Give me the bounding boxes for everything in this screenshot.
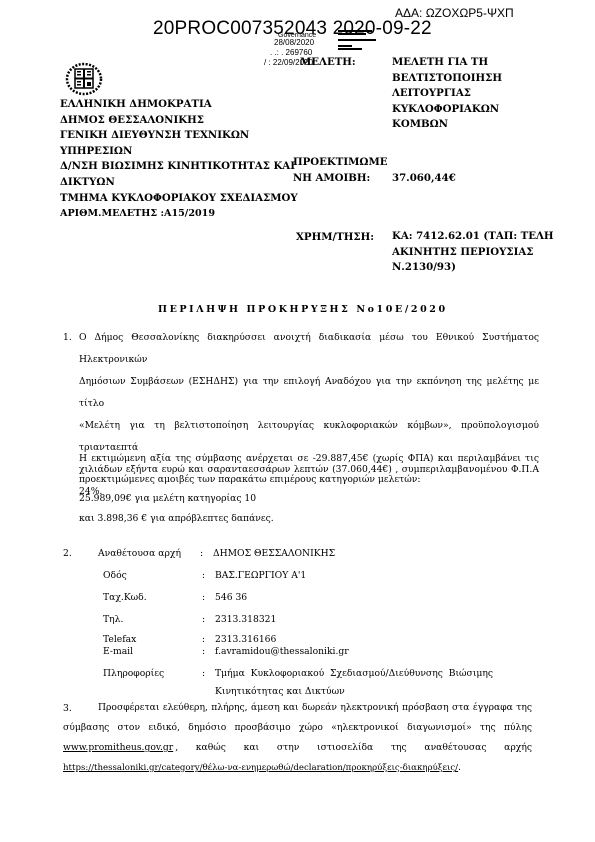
study-label: ΜΕΛΕΤΗ: (300, 55, 356, 71)
section-3-line1: Προσφέρεται ελεύθερη, πλήρης, άμεση και … (98, 698, 532, 718)
email-label: E-mail (103, 646, 133, 657)
study-number: ΑΡΙΘΜ.ΜΕΛΕΤΗΣ :Α15/2019 (60, 206, 298, 222)
info-label: Πληροφορίες (103, 668, 164, 679)
street-label: Οδός (103, 570, 127, 581)
paragraph-line: www.promitheus.gov.gr , καθώς και στην ι… (63, 738, 532, 758)
study-title-line: ΚΥΚΛΟΦΟΡΙΑΚΩΝ (392, 102, 502, 118)
period: . (458, 762, 461, 773)
digital-signature-block (338, 30, 378, 50)
header-line: Δ/ΝΣΗ ΒΙΩΣΙΜΗΣ ΚΙΝΗΤΙΚΟΤΗΤΑΣ ΚΑΙ (60, 159, 298, 175)
phone-value: 2313.318321 (215, 614, 276, 625)
section-1-number: 1. (63, 327, 72, 349)
promitheus-link[interactable]: www.promitheus.gov.gr (63, 738, 173, 758)
info-value: Τμήμα Κυκλοφοριακού Σχεδιασμού/Διεύθυνση… (215, 668, 529, 679)
colon: : (200, 548, 203, 559)
thessaloniki-declaration-link[interactable]: https://thessaloniki.gr/category/θέλω-να… (63, 763, 458, 773)
colon: : (202, 668, 205, 679)
contracting-authority-value: ΔΗΜΟΣ ΘΕΣΣΑΛΟΝΙΚΗΣ (213, 548, 335, 559)
postal-code-value: 546 36 (215, 592, 247, 603)
street-value: ΒΑΣ.ΓΕΩΡΓΙΟΥ Α'1 (215, 570, 306, 581)
fee-label-line: ΝΗ ΑΜΟΙΒΗ: (293, 171, 388, 187)
ada-code: ΑΔΑ: ΩΖΟΧΩΡ5-ΨΧΠ (395, 6, 514, 20)
colon: : (202, 592, 205, 603)
contracting-authority-label: Αναθέτουσα αρχή (98, 548, 181, 559)
section-3-text: σύμβασης στον ειδικό, δημόσιο προσβάσιμο… (63, 718, 532, 778)
paragraph-text: , καθώς και στην ιστιοσελίδα της αναθέτο… (173, 738, 532, 758)
fee-label-line: ΠΡΟΕΚΤΙΜΩΜΕ (293, 155, 388, 171)
signature-date: 28/08/2020 (274, 38, 314, 47)
header-line: ΕΛΛΗΝΙΚΗ ΔΗΜΟΚΡΑΤΙΑ (60, 97, 298, 113)
study-title-line: ΛΕΙΤΟΥΡΓΙΑΣ (392, 86, 502, 102)
funding-value: ΚΑ: 7412.62.01 (ΤΑΠ: ΤΕΛΗ ΑΚΙΝΗΤΗΣ ΠΕΡΙΟ… (392, 229, 554, 276)
colon: : (202, 570, 205, 581)
header-line: ΥΠΗΡΕΣΙΩΝ (60, 144, 298, 160)
paragraph-line: Προσφέρεται ελεύθερη, πλήρης, άμεση και … (98, 698, 532, 718)
colon: : (202, 646, 205, 657)
study-title-line: ΜΕΛΕΤΗ ΓΙΑ ΤΗ (392, 55, 502, 71)
paragraph-line: Δημόσιων Συμβάσεων (ΕΣΗΔΗΣ) για την επιλ… (79, 371, 539, 415)
section-1-breakdown: 25.989,09€ για μελέτη κατηγορίας 10 και … (79, 489, 274, 529)
fax-value: 2313.316166 (215, 634, 276, 645)
header-line: ΔΗΜΟΣ ΘΕΣΣΑΛΟΝΙΚΗΣ (60, 113, 298, 129)
paragraph-line: σύμβασης στον ειδικό, δημόσιο προσβάσιμο… (63, 718, 532, 738)
breakdown-line: και 3.898,36 € για απρόβλεπτες δαπάνες. (79, 509, 274, 529)
study-title-line: ΚΟΜΒΩΝ (392, 117, 502, 133)
section-2-number: 2. (63, 548, 72, 559)
section-3-number: 3. (63, 703, 72, 714)
paragraph-line: Ο Δήμος Θεσσαλονίκης διακηρύσσει ανοιχτή… (79, 327, 539, 371)
funding-line: ΑΚΙΝΗΤΗΣ ΠΕΡΙΟΥΣΙΑΣ (392, 245, 554, 261)
paragraph-line: προεκτιμώμενες αμοιβές των παρακάτω επιμ… (79, 470, 539, 491)
fee-label: ΠΡΟΕΚΤΙΜΩΜΕ ΝΗ ΑΜΟΙΒΗ: (293, 155, 388, 186)
funding-line: Ν.2130/93) (392, 260, 554, 276)
colon: : (202, 614, 205, 625)
section-1-estimate: Η εκτιμώμενη αξία της σύμβασης ανέρχεται… (79, 449, 539, 490)
document-title: ΠΕΡΙΛΗΨΗ ΠΡΟΚΗΡΥΞΗΣ Νο10Ε/2020 (158, 304, 448, 315)
breakdown-line: 25.989,09€ για μελέτη κατηγορίας 10 (79, 489, 274, 509)
funding-line: ΚΑ: 7412.62.01 (ΤΑΠ: ΤΕΛΗ (392, 229, 554, 245)
colon: : (202, 634, 205, 645)
paragraph-line: Η εκτιμώμενη αξία της σύμβασης ανέρχεται… (79, 449, 539, 470)
greek-coat-of-arms-icon (64, 62, 104, 96)
fee-value: 37.060,44€ (392, 171, 456, 187)
study-title-line: ΒΕΛΤΙΣΤΟΠΟΙΗΣΗ (392, 71, 502, 87)
phone-label: Τηλ. (103, 614, 123, 625)
info-value-line2: Κινητικότητας και Δικτύων (215, 686, 345, 697)
header-line: ΤΜΗΜΑ ΚΥΚΛΟΦΟΡΙΑΚΟΥ ΣΧΕΔΙΑΣΜΟΥ (60, 191, 298, 207)
header-line: ΔΙΚΤΥΩΝ (60, 175, 298, 191)
study-title: ΜΕΛΕΤΗ ΓΙΑ ΤΗ ΒΕΛΤΙΣΤΟΠΟΙΗΣΗ ΛΕΙΤΟΥΡΓΙΑΣ… (392, 55, 502, 133)
issuer-header: ΕΛΛΗΝΙΚΗ ΔΗΜΟΚΡΑΤΙΑ ΔΗΜΟΣ ΘΕΣΣΑΛΟΝΙΚΗΣ Γ… (60, 97, 298, 222)
email-value[interactable]: f.avramidou@thessaloniki.gr (215, 646, 349, 657)
postal-code-label: Ταχ.Κωδ. (103, 592, 147, 603)
paragraph-line: https://thessaloniki.gr/category/θέλω-να… (63, 758, 532, 778)
fax-label: Telefax (103, 634, 136, 645)
header-line: ΓΕΝΙΚΗ ΔΙΕΥΘΥΝΣΗ ΤΕΧΝΙΚΩΝ (60, 128, 298, 144)
funding-label: ΧΡΗΜ/ΤΗΣΗ: (296, 230, 374, 246)
